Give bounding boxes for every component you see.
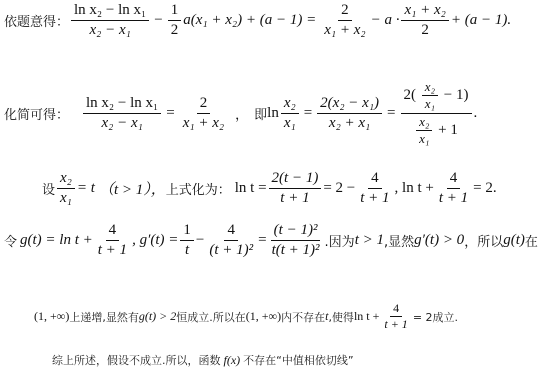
fraction: 4 t + 1 <box>381 302 410 331</box>
fraction: x₁ + x₂ 2 <box>401 2 448 38</box>
equation-line-2: 化简可得： ln x₂ − ln x₁ x₂ − x₁ = 2 x₁ + x₂ … <box>4 80 477 146</box>
fraction: 4 t + 1 <box>436 170 471 206</box>
line1-label: 依题意得： <box>4 11 69 30</box>
equation-line-4: 令 g(t) = ln t + 4 t + 1 , g′(t) = 1 t − … <box>4 222 538 258</box>
fraction: x₂ x₁ <box>281 95 299 131</box>
fraction: 4 t + 1 <box>357 170 392 206</box>
fraction: 2 x₁ + x₂ <box>180 95 227 131</box>
compound-fraction: 2( x₂ x₁ − 1) x₂ x₁ + 1 <box>401 80 472 146</box>
fraction: 1 t <box>180 222 194 258</box>
equation-line-1: 依题意得： ln x₂ − ln x₁ x₂ − x₁ − 1 2 a(x₁ +… <box>4 2 511 38</box>
expression: a(x₁ + x₂) + (a − 1) = <box>183 12 316 29</box>
fraction: ln x₂ − ln x₁ x₂ − x₁ <box>83 95 161 131</box>
equation-line-5: (1, +∞) 上递增,显然有 g(t) > 2 恒成立.所以在 (1, +∞)… <box>34 302 458 331</box>
fraction: ln x₂ − ln x₁ x₂ − x₁ <box>71 2 149 38</box>
fraction: 1 2 <box>168 2 182 38</box>
fraction: 2(t − 1) t + 1 <box>269 170 322 206</box>
expression: − a · <box>371 12 400 29</box>
equation-line-3: 设 x₂ x₁ = t （t > 1）， 上式化为： ln t = 2(t − … <box>42 170 497 206</box>
line2-label: 化简可得： <box>4 104 69 123</box>
fraction: 4 t + 1 <box>95 222 130 258</box>
fraction: 4 (t + 1)² <box>206 222 256 258</box>
expression: + (a − 1). <box>451 12 511 29</box>
fraction: 2 x₁ + x₂ <box>321 2 368 38</box>
equation-line-6: 综上所述，假设不成立.所以，函数 f(x) 不存在“中值相依切线” <box>52 352 354 368</box>
fraction: 2(x₂ − x₁) x₂ + x₁ <box>317 95 382 131</box>
fraction: x₂ x₁ <box>57 170 75 206</box>
fraction: (t − 1)² t(t + 1)² <box>269 222 323 258</box>
